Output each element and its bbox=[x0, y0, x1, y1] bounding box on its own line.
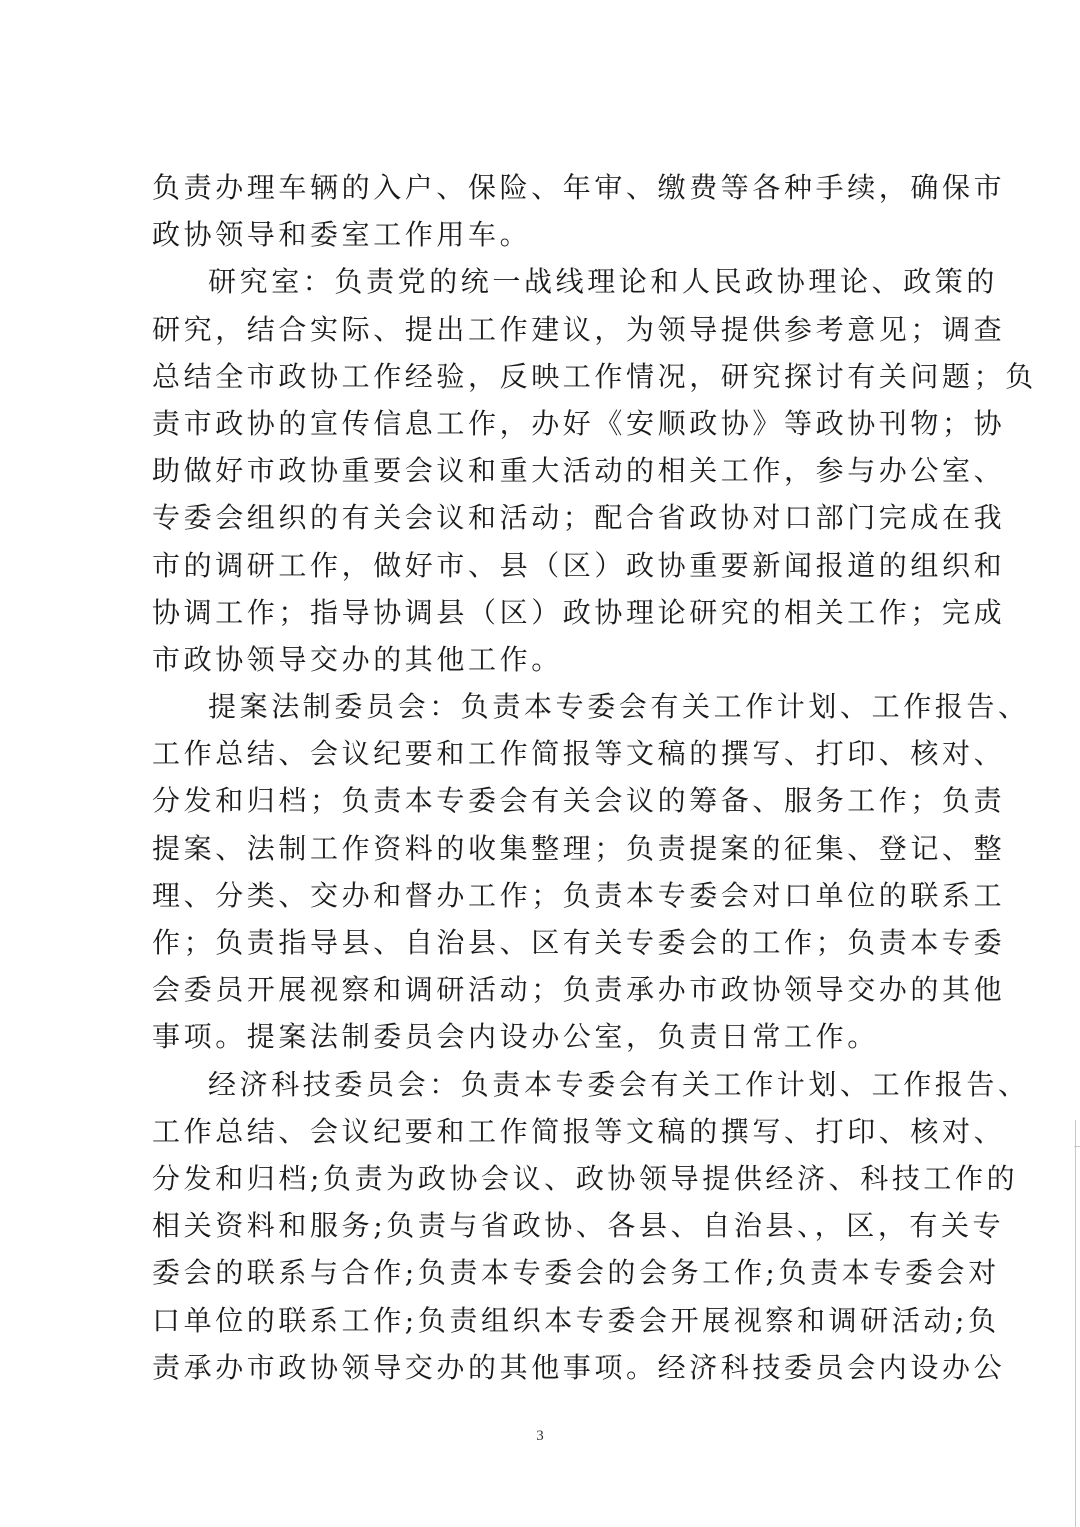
text-line: 委会的联系与合作;负责本专委会的会务工作;负责本专委会对 bbox=[152, 1249, 946, 1296]
text-line: 研究室：负责党的统一战线理论和人民政协理论、政策的 bbox=[152, 258, 946, 305]
text-line: 分发和归档；负责本专委会有关会议的筹备、服务工作；负责 bbox=[152, 777, 946, 824]
paragraph-research-office: 研究室：负责党的统一战线理论和人民政协理论、政策的 研究，结合实际、提出工作建议… bbox=[152, 258, 946, 683]
text-line: 作；负责指导县、自治县、区有关专委会的工作；负责本专委 bbox=[152, 919, 946, 966]
text-line: 总结全市政协工作经验，反映工作情况，研究探讨有关问题；负 bbox=[152, 353, 946, 400]
text-line: 责承办市政协领导交办的其他事项。经济科技委员会内设办公 bbox=[152, 1344, 946, 1391]
document-body: 负责办理车辆的入户、保险、年审、缴费等各种手续，确保市 政协领导和委室工作用车。… bbox=[152, 164, 946, 1391]
text-line: 政协领导和委室工作用车。 bbox=[152, 211, 946, 258]
text-line: 提案、法制工作资料的收集整理；负责提案的征集、登记、整 bbox=[152, 825, 946, 872]
paragraph-vehicle-continuation: 负责办理车辆的入户、保险、年审、缴费等各种手续，确保市 政协领导和委室工作用车。 bbox=[152, 164, 946, 258]
scan-edge-tick bbox=[1074, 1146, 1080, 1147]
text-line: 经济科技委员会：负责本专委会有关工作计划、工作报告、 bbox=[152, 1061, 946, 1108]
text-line: 提案法制委员会：负责本专委会有关工作计划、工作报告、 bbox=[152, 683, 946, 730]
text-line: 口单位的联系工作;负责组织本专委会开展视察和调研活动;负 bbox=[152, 1297, 946, 1344]
page-number: 3 bbox=[0, 1428, 1080, 1445]
scan-edge-line bbox=[1075, 1120, 1076, 1527]
text-line: 负责办理车辆的入户、保险、年审、缴费等各种手续，确保市 bbox=[152, 164, 946, 211]
text-line: 助做好市政协重要会议和重大活动的相关工作，参与办公室、 bbox=[152, 447, 946, 494]
text-line: 工作总结、会议纪要和工作简报等文稿的撰写、打印、核对、 bbox=[152, 1108, 946, 1155]
text-line: 市的调研工作，做好市、县（区）政协重要新闻报道的组织和 bbox=[152, 542, 946, 589]
text-line: 会委员开展视察和调研活动；负责承办市政协领导交办的其他 bbox=[152, 966, 946, 1013]
document-page: 负责办理车辆的入户、保险、年审、缴费等各种手续，确保市 政协领导和委室工作用车。… bbox=[0, 0, 1080, 1527]
text-line: 理、分类、交办和督办工作；负责本专委会对口单位的联系工 bbox=[152, 872, 946, 919]
text-line: 研究，结合实际、提出工作建议，为领导提供参考意见；调查 bbox=[152, 306, 946, 353]
text-line: 相关资料和服务;负责与省政协、各县、自治县、，区，有关专 bbox=[152, 1202, 946, 1249]
text-line: 市政协领导交办的其他工作。 bbox=[152, 636, 946, 683]
text-line: 工作总结、会议纪要和工作简报等文稿的撰写、打印、核对、 bbox=[152, 730, 946, 777]
text-line: 协调工作；指导协调县（区）政协理论研究的相关工作；完成 bbox=[152, 589, 946, 636]
paragraph-economy-technology-committee: 经济科技委员会：负责本专委会有关工作计划、工作报告、 工作总结、会议纪要和工作简… bbox=[152, 1061, 946, 1391]
text-line: 分发和归档;负责为政协会议、政协领导提供经济、科技工作的 bbox=[152, 1155, 946, 1202]
paragraph-proposals-legal-committee: 提案法制委员会：负责本专委会有关工作计划、工作报告、 工作总结、会议纪要和工作简… bbox=[152, 683, 946, 1061]
text-line: 事项。提案法制委员会内设办公室，负责日常工作。 bbox=[152, 1013, 946, 1060]
text-line: 责市政协的宣传信息工作，办好《安顺政协》等政协刊物；协 bbox=[152, 400, 946, 447]
text-line: 专委会组织的有关会议和活动；配合省政协对口部门完成在我 bbox=[152, 494, 946, 541]
